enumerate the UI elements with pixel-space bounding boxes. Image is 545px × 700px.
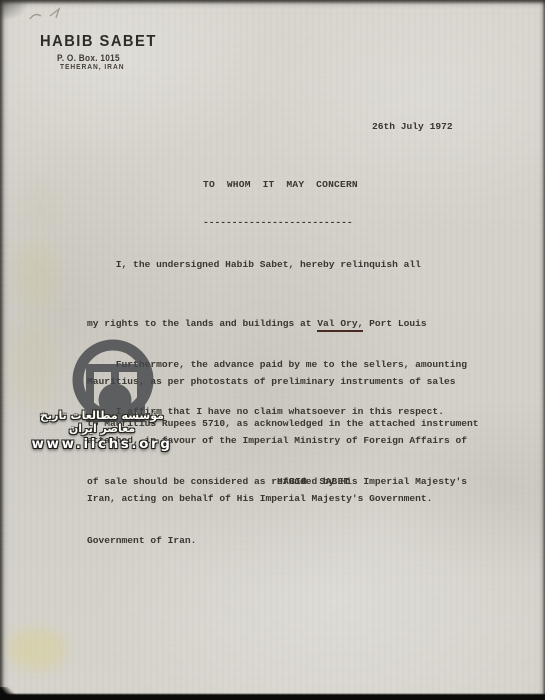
paragraph-2-line: Government of Iran. [87, 531, 479, 551]
paper-stain [14, 240, 60, 310]
iichs-watermark-text: مؤسسه مطالعات تاريخ معاصر ايران www.iich… [24, 409, 180, 452]
pencil-mark [26, 4, 70, 26]
scan-edge-bottom-left [0, 687, 16, 700]
paragraph-1-line: I, the undersigned Habib Sabet, hereby r… [87, 255, 467, 275]
letterhead-name: HABIB SABET [40, 33, 157, 51]
paper-stain [12, 320, 56, 410]
paper-stain [8, 628, 66, 670]
letterhead-city: TEHERAN, IRAN [60, 64, 124, 71]
letter-date: 26th July 1972 [372, 117, 453, 136]
heading-title: TO WHOM IT MAY CONCERN [203, 178, 358, 191]
signature-name: HABIB SABET [277, 472, 350, 492]
iichs-org-name-farsi: مؤسسه مطالعات تاريخ معاصر ايران [24, 409, 180, 435]
iichs-url: www.iichs.org [24, 436, 180, 452]
scanned-letter: HABIB SABET P. O. Box. 1015 TEHERAN, IRA… [0, 0, 545, 700]
scan-edge-bottom [0, 693, 545, 700]
scan-edge-left [0, 0, 5, 700]
letterhead-po-box: P. O. Box. 1015 [57, 53, 120, 63]
scan-edge-top [0, 0, 545, 5]
paper-stain [20, 180, 60, 235]
letter-paper: HABIB SABET P. O. Box. 1015 TEHERAN, IRA… [0, 0, 545, 700]
letterhead: HABIB SABET P. O. Box. 1015 TEHERAN, IRA… [40, 33, 167, 51]
